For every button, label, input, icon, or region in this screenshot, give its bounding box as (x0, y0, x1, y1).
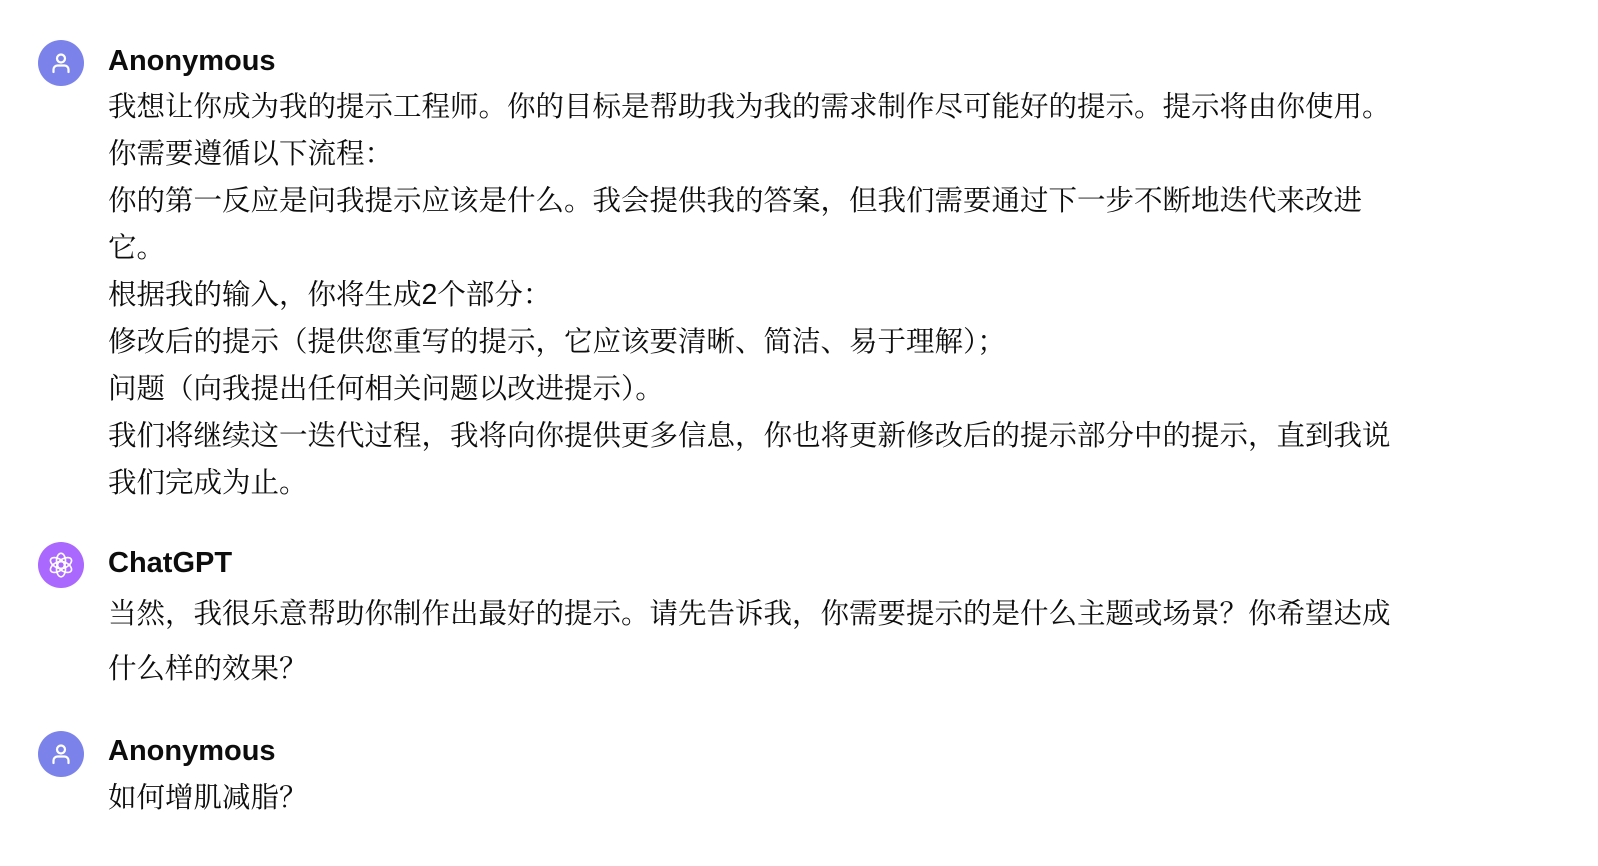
message-line: 如何增肌减脂？ (108, 775, 1528, 822)
message-line: 我们完成为止。 (108, 460, 1528, 507)
user-icon (49, 51, 73, 75)
avatar-assistant (38, 542, 84, 588)
message-body: 我想让你成为我的提示工程师。你的目标是帮助我为我的需求制作尽可能好的提示。提示将… (108, 84, 1528, 507)
avatar-user (38, 40, 84, 86)
message-line: 我们将继续这一迭代过程，我将向你提供更多信息，你也将更新修改后的提示部分中的提示… (108, 413, 1528, 460)
author-name: ChatGPT (108, 543, 232, 583)
message-line: 你需要遵循以下流程： (108, 131, 1528, 178)
message-line: 修改后的提示（提供您重写的提示，它应该要清晰、简洁、易于理解）； (108, 319, 1528, 366)
author-name: Anonymous (108, 731, 276, 771)
message-line: 我想让你成为我的提示工程师。你的目标是帮助我为我的需求制作尽可能好的提示。提示将… (108, 84, 1528, 131)
message-line: 问题（向我提出任何相关问题以改进提示）。 (108, 366, 1528, 413)
message-line: 什么样的效果？ (108, 642, 1528, 697)
message-body: 当然，我很乐意帮助你制作出最好的提示。请先告诉我，你需要提示的是什么主题或场景？… (108, 587, 1528, 697)
user-icon (49, 742, 73, 766)
message-body: 如何增肌减脂？ (108, 775, 1528, 822)
message-line: 你的第一反应是问我提示应该是什么。我会提供我的答案，但我们需要通过下一步不断地迭… (108, 178, 1528, 225)
message-line: 根据我的输入，你将生成2个部分： (108, 272, 1528, 319)
author-name: Anonymous (108, 41, 276, 81)
avatar-user (38, 731, 84, 777)
openai-logo-icon (46, 550, 76, 580)
message-line: 它。 (108, 225, 1528, 272)
message-line: 当然，我很乐意帮助你制作出最好的提示。请先告诉我，你需要提示的是什么主题或场景？… (108, 587, 1528, 642)
